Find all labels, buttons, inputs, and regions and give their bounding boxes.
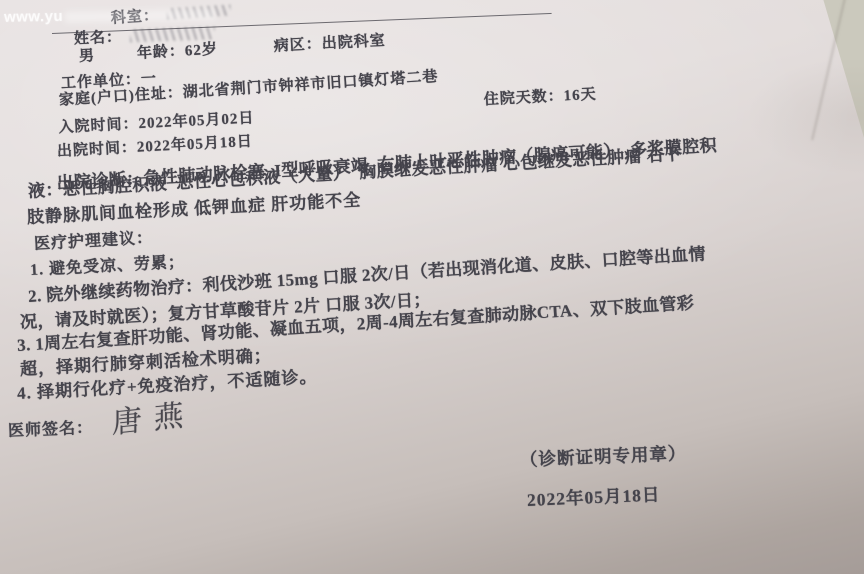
stay-value: 16天 <box>563 87 597 105</box>
signature-label: 医师签名： <box>8 415 94 441</box>
watermark-smudge <box>65 9 215 23</box>
age-value: 62岁 <box>185 42 219 60</box>
seal-note: （诊断证明专用章） <box>519 440 686 472</box>
advice-title: 医疗护理建议： <box>33 225 153 254</box>
certificate-date: 2022年05月18日 <box>526 481 660 512</box>
doctor-signature-handwriting: 唐燕 <box>112 389 196 442</box>
ward-label: 病区： <box>273 36 322 54</box>
discharge-certificate-photo: 科室： 姓名： 男年龄：62岁病区：出院科室 工作单位：一 家庭(户口)住址：湖… <box>0 0 864 574</box>
stay-label: 住院天数： <box>483 88 564 108</box>
stay-days: 住院天数：16天 <box>483 83 597 109</box>
ward-value: 出院科室 <box>321 33 386 52</box>
watermark-text: www.yu <box>4 8 63 26</box>
